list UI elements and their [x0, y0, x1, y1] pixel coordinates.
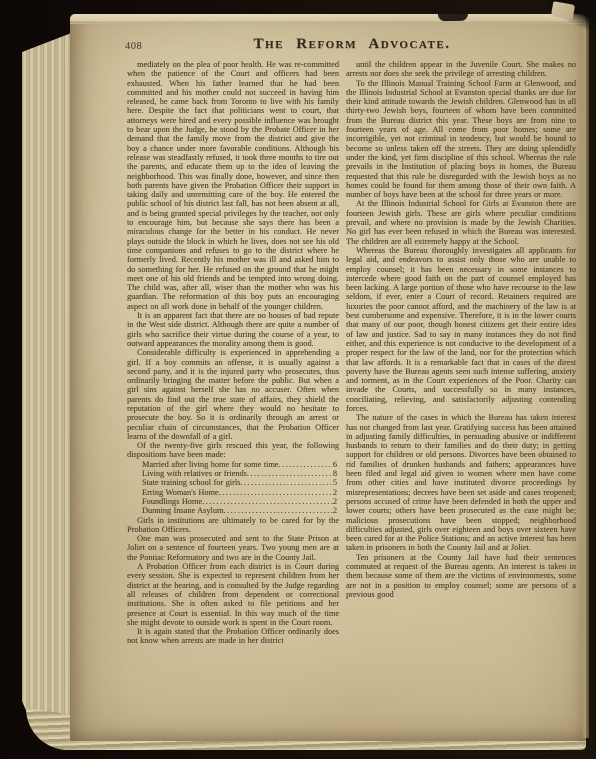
dot-leader [202, 497, 333, 506]
disposition-label: State training school for girls [142, 478, 240, 487]
dot-leader [279, 460, 333, 469]
right-paragraph-group: until the children appear in the Juvenil… [346, 60, 576, 599]
paragraph: A Probation Officer from each district i… [127, 562, 339, 627]
disposition-label: Living with relatives or friends [142, 469, 247, 478]
left-paragraph-group: mediately on the plea of poor health. He… [127, 60, 339, 460]
disposition-value: 2 [333, 506, 337, 515]
left-column: mediately on the plea of poor health. He… [127, 60, 339, 646]
disposition-label: Married after living home for some time [142, 460, 279, 469]
page-edge-right [582, 18, 589, 738]
disposition-row: Foundlings Home 2 [142, 497, 337, 506]
dot-leader [223, 506, 332, 515]
disposition-row: Married after living home for some time … [142, 460, 337, 469]
right-column: until the children appear in the Juvenil… [346, 60, 576, 599]
paragraph: until the children appear in the Juvenil… [346, 60, 576, 79]
paragraph: It is an apparent fact that there are no… [127, 311, 339, 348]
disposition-row: State training school for girls 5 [142, 478, 337, 487]
paragraph: At the Illinois Industrial School for Gi… [346, 199, 576, 245]
paragraph: The nature of the cases in which the Bur… [346, 413, 576, 552]
dot-leader [219, 488, 333, 497]
disposition-value: 5 [333, 478, 337, 487]
paragraph: To the Illinois Manual Training School F… [346, 79, 576, 200]
book-page: 408 The Reform Advocate. mediately on th… [70, 14, 586, 741]
paragraph: Ten prisoners at the County Jail have ha… [346, 553, 576, 599]
dot-leader [240, 478, 332, 487]
page-tear-notch [438, 13, 468, 22]
disposition-value: 8 [333, 469, 337, 478]
paragraph: Considerable difficulty is experienced i… [127, 348, 339, 441]
disposition-row: Living with relatives or friends 8 [142, 469, 337, 478]
book-photo: 408 The Reform Advocate. mediately on th… [0, 0, 596, 759]
disposition-row: Erring Woman's Home 2 [142, 488, 337, 497]
paragraph: Of the twenty-five girls rescued this ye… [127, 441, 339, 460]
disposition-label: Dunning Insane Asylum [142, 506, 223, 515]
disposition-value: 2 [333, 497, 337, 506]
dot-leader [247, 469, 333, 478]
dispositions-list: Married after living home for some time … [127, 460, 339, 516]
paragraph: Girls in institutions are ultimately to … [127, 516, 339, 535]
disposition-value: 6 [333, 460, 337, 469]
masthead: The Reform Advocate. [127, 36, 577, 53]
paragraph: Whereas the Bureau thoroughly investigat… [346, 246, 576, 413]
disposition-value: 2 [333, 488, 337, 497]
disposition-label: Erring Woman's Home [142, 488, 219, 497]
paragraph: One man was prosecuted and sent to the S… [127, 534, 339, 562]
paragraph: It is again stated that the Probation Of… [127, 627, 339, 646]
page-top-edge [70, 14, 586, 24]
left-paragraph-group-after: Girls in institutions are ultimately to … [127, 516, 339, 646]
disposition-row: Dunning Insane Asylum 2 [142, 506, 337, 515]
disposition-label: Foundlings Home [142, 497, 202, 506]
paragraph: mediately on the plea of poor health. He… [127, 60, 339, 311]
page-edge-stack-left [22, 30, 74, 744]
